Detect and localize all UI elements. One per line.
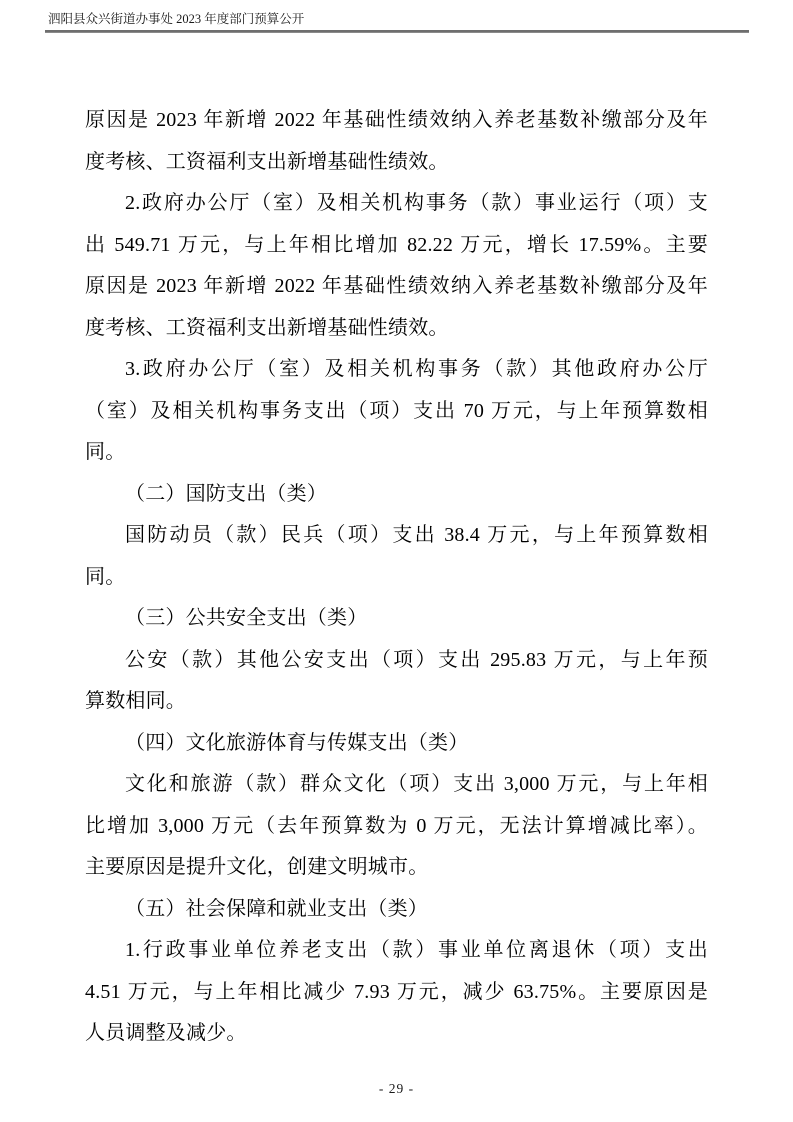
text-line: 算数相同。	[85, 681, 708, 723]
text-line: 比增加 3,000 万元（去年预算数为 0 万元，无法计算增减比率）。	[85, 806, 708, 848]
text-line: 1.行政事业单位养老支出（款）事业单位离退休（项）支出	[85, 930, 708, 972]
document-page: 泗阳县众兴街道办事处 2023 年度部门预算公开 原因是 2023 年新增 20…	[0, 0, 793, 1122]
header-title: 泗阳县众兴街道办事处 2023 年度部门预算公开	[48, 10, 304, 28]
text-line: 4.51 万元，与上年相比减少 7.93 万元，减少 63.75%。主要原因是	[85, 972, 708, 1014]
paragraph: 2.政府办公厅（室）及相关机构事务（款）事业运行（项）支出 549.71 万元，…	[85, 183, 708, 349]
text-line: （二）国防支出（类）	[85, 474, 708, 516]
text-line: 主要原因是提升文化，创建文明城市。	[85, 847, 708, 889]
text-line: 度考核、工资福利支出新增基础性绩效。	[85, 308, 708, 350]
paragraph: （三）公共安全支出（类）	[85, 598, 708, 640]
text-line: 公安（款）其他公安支出（项）支出 295.83 万元，与上年预	[85, 640, 708, 682]
page-footer: - 29 -	[0, 1080, 793, 1098]
text-line: 人员调整及减少。	[85, 1013, 708, 1055]
paragraph: 国防动员（款）民兵（项）支出 38.4 万元，与上年预算数相同。	[85, 515, 708, 598]
paragraph: 3.政府办公厅（室）及相关机构事务（款）其他政府办公厅（室）及相关机构事务支出（…	[85, 349, 708, 474]
text-line: 度考核、工资福利支出新增基础性绩效。	[85, 142, 708, 184]
header-rule	[45, 30, 749, 33]
text-line: （三）公共安全支出（类）	[85, 598, 708, 640]
paragraph: 原因是 2023 年新增 2022 年基础性绩效纳入养老基数补缴部分及年度考核、…	[85, 100, 708, 183]
text-line: （四）文化旅游体育与传媒支出（类）	[85, 723, 708, 765]
paragraph: （四）文化旅游体育与传媒支出（类）	[85, 723, 708, 765]
paragraph: （二）国防支出（类）	[85, 474, 708, 516]
text-line: 出 549.71 万元，与上年相比增加 82.22 万元，增长 17.59%。主…	[85, 225, 708, 267]
text-line: 同。	[85, 557, 708, 599]
paragraph: 文化和旅游（款）群众文化（项）支出 3,000 万元，与上年相比增加 3,000…	[85, 764, 708, 889]
text-line: 文化和旅游（款）群众文化（项）支出 3,000 万元，与上年相	[85, 764, 708, 806]
paragraph: 1.行政事业单位养老支出（款）事业单位离退休（项）支出4.51 万元，与上年相比…	[85, 930, 708, 1055]
page-number: - 29 -	[379, 1081, 414, 1096]
text-line: 3.政府办公厅（室）及相关机构事务（款）其他政府办公厅	[85, 349, 708, 391]
text-line: 国防动员（款）民兵（项）支出 38.4 万元，与上年预算数相	[85, 515, 708, 557]
text-line: 同。	[85, 432, 708, 474]
text-line: （室）及相关机构事务支出（项）支出 70 万元，与上年预算数相	[85, 391, 708, 433]
text-line: （五）社会保障和就业支出（类）	[85, 889, 708, 931]
text-line: 2.政府办公厅（室）及相关机构事务（款）事业运行（项）支	[85, 183, 708, 225]
document-body: 原因是 2023 年新增 2022 年基础性绩效纳入养老基数补缴部分及年度考核、…	[85, 100, 708, 1055]
paragraph: 公安（款）其他公安支出（项）支出 295.83 万元，与上年预算数相同。	[85, 640, 708, 723]
text-line: 原因是 2023 年新增 2022 年基础性绩效纳入养老基数补缴部分及年	[85, 100, 708, 142]
text-line: 原因是 2023 年新增 2022 年基础性绩效纳入养老基数补缴部分及年	[85, 266, 708, 308]
paragraph: （五）社会保障和就业支出（类）	[85, 889, 708, 931]
